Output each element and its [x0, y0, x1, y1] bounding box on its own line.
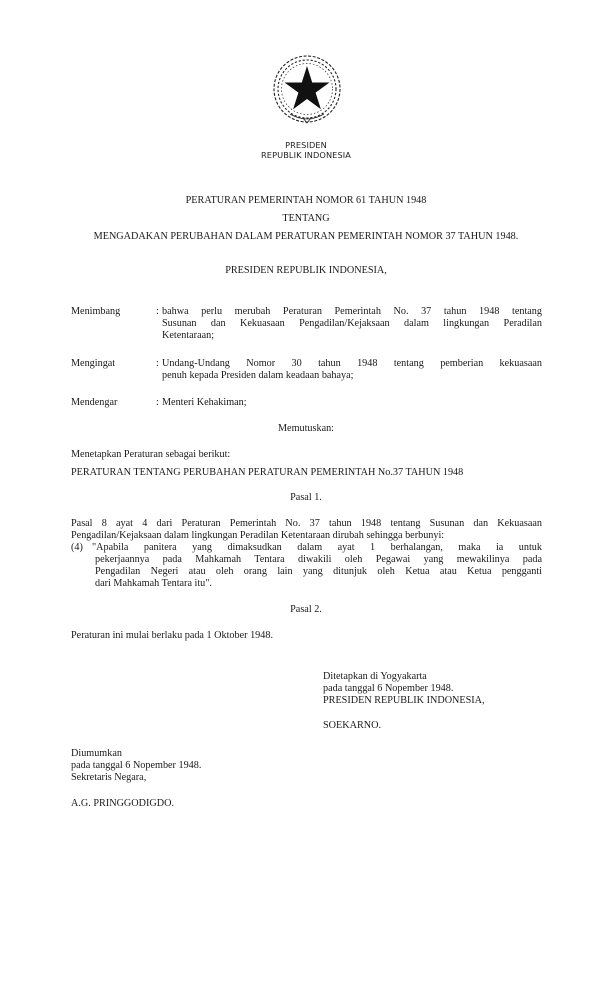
menimbang-line-3: Ketentaraan;: [162, 330, 542, 342]
menetapkan-text: Menetapkan Peraturan sebagai berikut:: [71, 449, 542, 461]
menimbang-colon: :: [156, 306, 159, 318]
header-republik-indonesia: REPUBLIK INDONESIA: [0, 150, 612, 160]
enactment-office: PRESIDEN REPUBLIK INDONESIA,: [323, 695, 485, 707]
pasal-1-line-1: Pasal 8 ayat 4 dari Peraturan Pemerintah…: [71, 518, 542, 530]
pasal-1-heading: Pasal 1.: [0, 492, 612, 504]
pasal-1-item-line-2: pekerjaannya pada Mahkamah Tentara diwak…: [95, 554, 542, 566]
title-tentang: TENTANG: [0, 213, 612, 225]
menimbang-line-1: bahwa perlu merubah Peraturan Pemerintah…: [162, 306, 542, 318]
pasal-1-item-line-1: "Apabila panitera yang dimaksudkan dalam…: [92, 542, 542, 554]
pasal-1-item-number: (4): [71, 542, 83, 554]
menimbang-line-2: Susunan dan Kekuasaan Pengadilan/Kejaksa…: [162, 318, 542, 330]
pasal-1-line-2: Pengadilan/Kejaksaan dalam lingkungan Pe…: [71, 530, 542, 542]
mendengar-colon: :: [156, 397, 159, 409]
menimbang-label: Menimbang: [71, 306, 120, 318]
pasal-2-heading: Pasal 2.: [0, 604, 612, 616]
mendengar-label: Mendengar: [71, 397, 117, 409]
promulgation-office: Sekretaris Negara,: [71, 772, 146, 784]
regulation-number-title: PERATURAN PEMERINTAH NOMOR 61 TAHUN 1948: [0, 195, 612, 207]
mendengar-line-1: Menteri Kehakiman;: [162, 397, 542, 409]
pasal-1-item-line-3: Pengadilan Negeri atau oleh orang lain y…: [95, 566, 542, 578]
mengingat-label: Mengingat: [71, 358, 115, 370]
promulgation-label: Diumumkan: [71, 748, 122, 760]
enactment-date: pada tanggal 6 Nopember 1948.: [323, 683, 453, 695]
header-presiden: PRESIDEN: [0, 140, 612, 150]
memutuskan-heading: Memutuskan:: [0, 423, 612, 435]
issuer-heading: PRESIDEN REPUBLIK INDONESIA,: [0, 265, 612, 277]
enactment-signatory: SOEKARNO.: [323, 720, 381, 732]
enactment-place: Ditetapkan di Yogyakarta: [323, 671, 427, 683]
presidential-emblem-icon: [270, 52, 344, 128]
promulgation-date: pada tanggal 6 Nopember 1948.: [71, 760, 201, 772]
mengingat-line-1: Undang-Undang Nomor 30 tahun 1948 tentan…: [162, 358, 542, 370]
promulgation-signatory: A.G. PRINGGODIGDO.: [71, 798, 174, 810]
pasal-2-line-1: Peraturan ini mulai berlaku pada 1 Oktob…: [71, 630, 542, 642]
mengingat-line-2: penuh kepada Presiden dalam keadaan baha…: [162, 370, 542, 382]
regulation-subject-title: MENGADAKAN PERUBAHAN DALAM PERATURAN PEM…: [0, 231, 612, 243]
regulation-title: PERATURAN TENTANG PERUBAHAN PERATURAN PE…: [71, 467, 542, 479]
pasal-1-item-line-4: dari Mahkamah Tentara itu".: [95, 578, 542, 590]
mengingat-colon: :: [156, 358, 159, 370]
